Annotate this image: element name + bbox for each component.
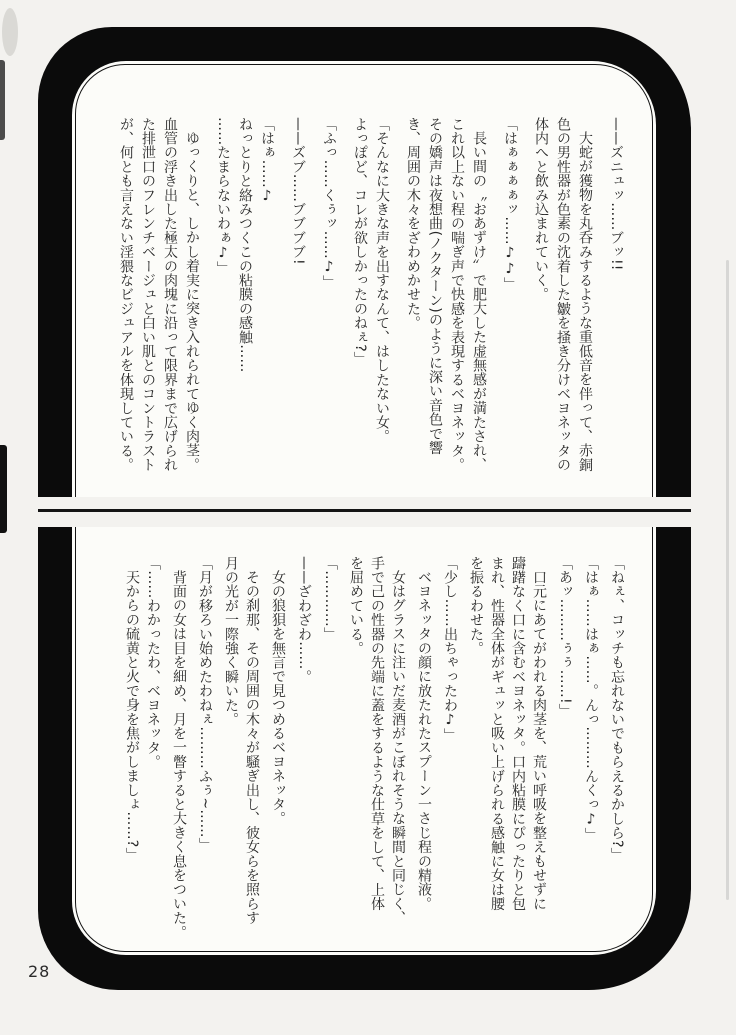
text-column: 「ふっ……くぅッ……♪」 xyxy=(318,117,340,477)
text-column: が、何とも言えない淫猥なビジュアルを体現している。 xyxy=(115,117,137,477)
page-edge-shadow xyxy=(726,260,729,900)
text-column: これ以上ない程の喘ぎ声で快感を表現するベヨネッタ。 xyxy=(446,117,468,477)
text-column: ねっとりと絡みつくこの粘膜の感触…… xyxy=(234,117,256,477)
text-column: を振るわせた。 xyxy=(465,556,486,933)
text-column: 「はぁ……♪ xyxy=(256,117,278,477)
text-column: 長い間の〝おあずけ〟で肥大した虚無感が満たされ、 xyxy=(468,117,490,477)
text-column: ——ズニュッ……ブッ!! xyxy=(605,117,627,477)
text-column: 「月が移ろい始めたわねぇ………ふぅ~……」 xyxy=(194,556,215,933)
scan-smudge xyxy=(0,445,7,533)
text-column: 体内へと飲み込まれていく。 xyxy=(530,117,552,477)
text-column: 「あッ………ぅぅ……!」 xyxy=(554,556,575,933)
scan-smudge xyxy=(2,8,18,56)
text-column: 「……わかったわ、ベヨネッタ。 xyxy=(142,556,163,933)
text-column: ゆっくりと、しかし着実に突き入れられてゆく肉茎。 xyxy=(181,117,203,477)
text-column: 色の男性器が色素の沈着した皺を掻き分けベヨネッタの xyxy=(552,117,574,477)
text-column: ……たまらないわぁ♪」 xyxy=(212,117,234,477)
text-column: ——ズブ……ブブブブ! xyxy=(287,117,309,477)
text-column: た排泄口のフレンチベージュと白い肌とのコントラスト xyxy=(137,117,159,477)
page-number: 28 xyxy=(28,962,50,981)
panel-divider-line xyxy=(38,509,691,512)
text-column: 女の狼狽を無言で見つめるベヨネッタ。 xyxy=(267,556,288,933)
text-column: 背面の女は目を細め、月を一瞥すると大きく息をついた。 xyxy=(168,556,189,933)
text-column: 「ねぇ、コッチも忘れないでもらえるかしら?」 xyxy=(606,556,627,933)
text-column: 手で己の性器の先端に蓋をするような仕草をして、上体 xyxy=(366,556,387,933)
text-column: 大蛇が獲物を丸呑みするような重低音を伴って、赤銅 xyxy=(574,117,596,477)
top-panel-text: ——ズニュッ……ブッ!! 大蛇が獲物を丸呑みするような重低音を伴って、赤銅 色の… xyxy=(110,117,627,477)
text-column: き、周囲の木々をざわめかせた。 xyxy=(402,117,424,477)
text-column: 躊躇なく口に含むベヨネッタ。口内粘膜にぴったりと包 xyxy=(507,556,528,933)
text-column: 「はぁ……はぁ……。んっ………んくっ♪」 xyxy=(580,556,601,933)
text-column: 「はぁぁぁぁッ……♪♪」 xyxy=(499,117,521,477)
text-column: よっぽど、コレが欲しかったのねぇ?」 xyxy=(349,117,371,477)
top-text-panel: ——ズニュッ……ブッ!! 大蛇が獲物を丸呑みするような重低音を伴って、赤銅 色の… xyxy=(72,61,656,497)
text-column: 月の光が一際強く瞬いた。 xyxy=(220,556,241,933)
text-column: 「…………」 xyxy=(319,556,340,933)
text-column: 天からの硫黄と火で身を焦がしましょ……?」 xyxy=(121,556,142,933)
bottom-panel-text: 「ねぇ、コッチも忘れないでもらえるかしら?」 「はぁ……はぁ……。んっ………んく… xyxy=(110,556,627,933)
scan-smudge xyxy=(0,60,5,140)
text-column: 血管の浮き出した極太の肉塊に沿って限界まで広げられ xyxy=(159,117,181,477)
text-column: 「そんなに大きな声を出すなんて、はしたない女。 xyxy=(371,117,393,477)
scanned-doujin-page: ——ズニュッ……ブッ!! 大蛇が獲物を丸呑みするような重低音を伴って、赤銅 色の… xyxy=(0,0,736,1035)
bottom-black-frame: 「ねぇ、コッチも忘れないでもらえるかしら?」 「はぁ……はぁ……。んっ………んく… xyxy=(38,527,691,990)
top-black-frame: ——ズニュッ……ブッ!! 大蛇が獲物を丸呑みするような重低音を伴って、赤銅 色の… xyxy=(38,27,691,497)
text-column: 女はグラスに注いだ麦酒がこぼれそうな瞬間と同じく、 xyxy=(387,556,408,933)
text-column: 口元にあてがわれる肉茎を、荒い呼吸を整えもせずに xyxy=(528,556,549,933)
text-column: その刹那、その周囲の木々が騒ぎ出し、彼女らを照らす xyxy=(241,556,262,933)
text-column: その嬌声は夜想曲(ノクターン)のように深い音色で響 xyxy=(424,117,446,477)
text-column: まれ、性器全体がギュッと吸い上げられる感触に女は腰 xyxy=(486,556,507,933)
text-column: 「少し……出ちゃったわ♪」 xyxy=(439,556,460,933)
text-column: を屈めている。 xyxy=(345,556,366,933)
text-column: ベヨネッタの顔に放たれたスプーン一さじ程の精液。 xyxy=(413,556,434,933)
bottom-text-panel: 「ねぇ、コッチも忘れないでもらえるかしら?」 「はぁ……はぁ……。んっ………んく… xyxy=(72,527,656,955)
text-column: ——ざわざわ……。 xyxy=(293,556,314,933)
